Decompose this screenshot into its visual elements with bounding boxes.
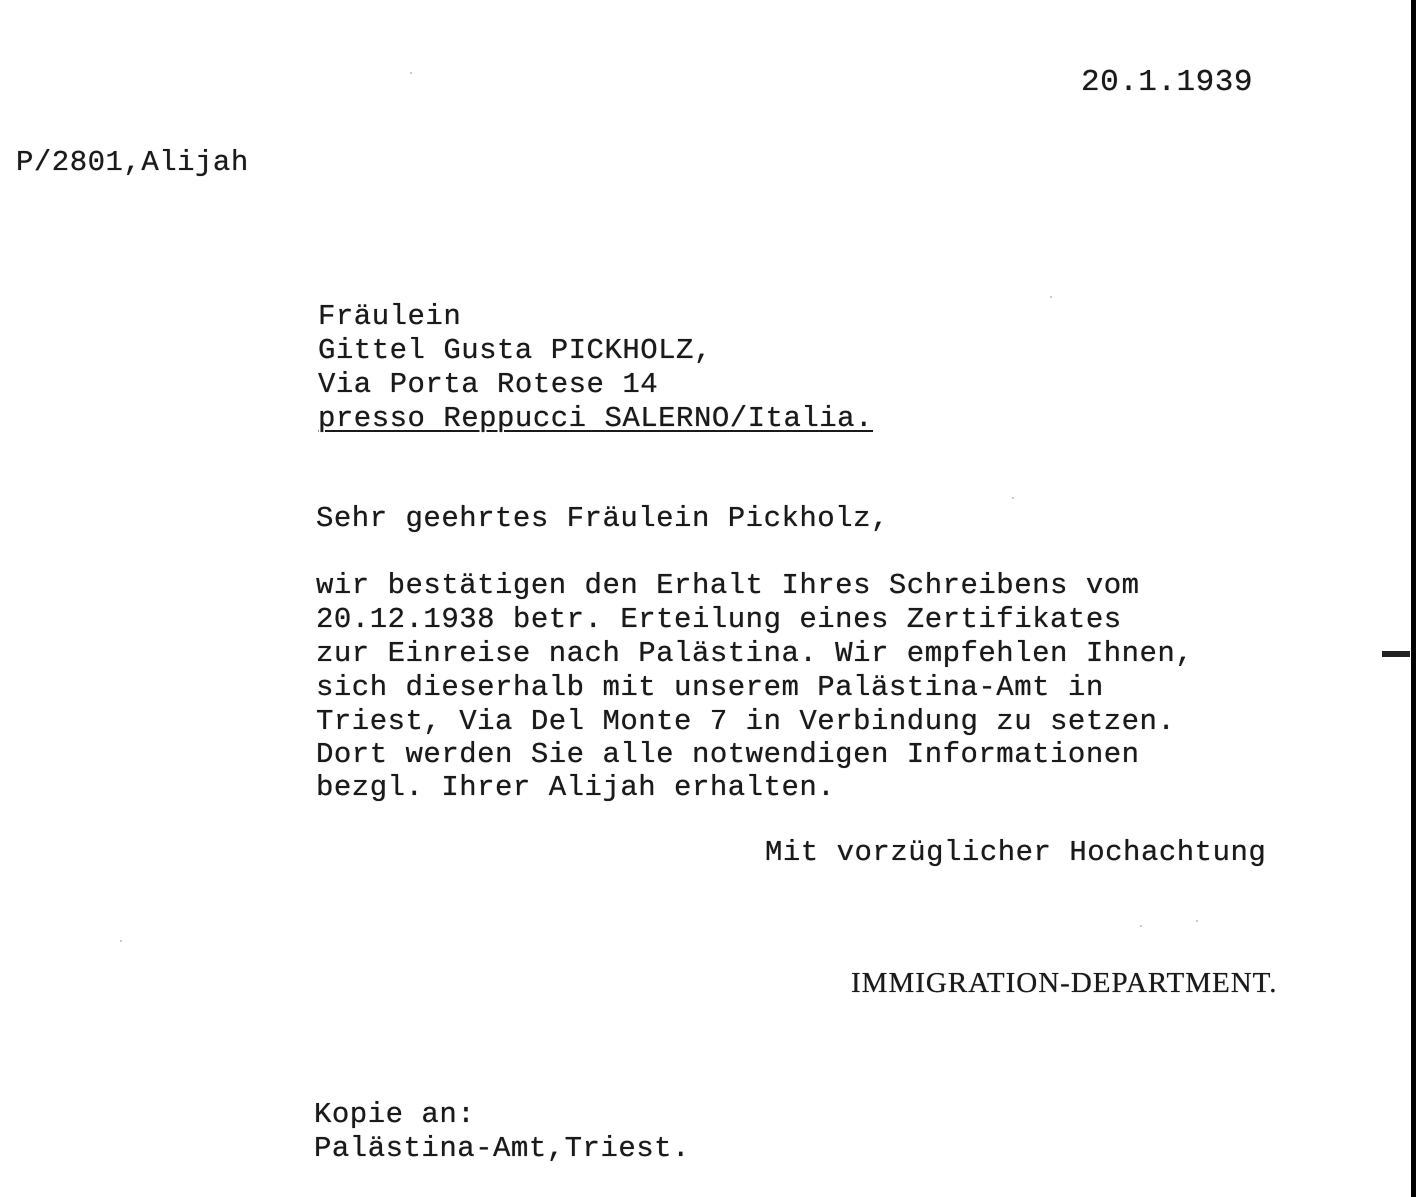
closing: Mit vorzüglicher Hochachtung <box>765 836 1266 870</box>
letter-date: 20.1.1939 <box>1081 66 1253 100</box>
letter-page: 20.1.1939 P/2801,Alijah Fräulein Gittel … <box>0 0 1411 1197</box>
recipient-salutation: Fräulein <box>318 300 461 334</box>
speck <box>1012 497 1014 499</box>
speck <box>1196 920 1198 922</box>
body-line: zur Einreise nach Palästina. Wir empfehl… <box>316 637 1193 671</box>
signature: IMMIGRATION-DEPARTMENT. <box>851 966 1277 1000</box>
speck <box>1050 296 1052 298</box>
speck <box>410 72 412 74</box>
page-edge <box>1411 0 1416 1197</box>
margin-mark <box>1382 651 1410 657</box>
body-line: bezgl. Ihrer Alijah erhalten. <box>316 771 835 805</box>
body-line: wir bestätigen den Erhalt Ihres Schreibe… <box>316 569 1140 603</box>
reference-number: P/2801,Alijah <box>16 146 249 180</box>
body-line: sich dieserhalb mit unserem Palästina-Am… <box>316 671 1104 705</box>
body-line: Triest, Via Del Monte 7 in Verbindung zu… <box>316 705 1175 739</box>
body-line: 20.12.1938 betr. Erteilung eines Zertifi… <box>316 603 1122 637</box>
speck <box>1140 925 1142 927</box>
copy-recipient: Palästina-Amt,Triest. <box>314 1132 690 1166</box>
recipient-street: Via Porta Rotese 14 <box>318 368 658 402</box>
recipient-city: presso Reppucci SALERNO/Italia. <box>318 402 873 436</box>
greeting: Sehr geehrtes Fräulein Pickholz, <box>316 502 889 536</box>
copy-label: Kopie an: <box>314 1098 475 1132</box>
speck <box>120 940 122 942</box>
recipient-name: Gittel Gusta PICKHOLZ, <box>318 334 712 368</box>
body-line: Dort werden Sie alle notwendigen Informa… <box>316 738 1140 772</box>
